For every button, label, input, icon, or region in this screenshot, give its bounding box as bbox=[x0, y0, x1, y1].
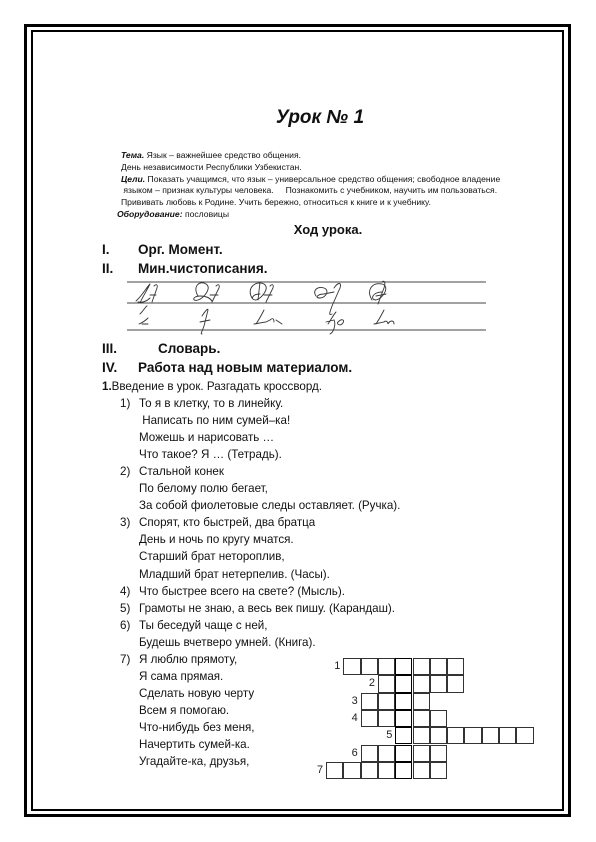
riddle-line: Угадайте-ка, друзья, bbox=[139, 755, 249, 768]
riddle-line: Я сама прямая. bbox=[139, 670, 223, 683]
section-number: IV. bbox=[102, 360, 117, 375]
crossword-clue-number: 7 bbox=[317, 764, 323, 776]
crossword-cell[interactable] bbox=[430, 762, 447, 779]
riddle-line: Что такое? Я … (Тетрадь). bbox=[139, 448, 282, 461]
crossword-cell[interactable] bbox=[413, 762, 430, 779]
intro-line: 1.Введение в урок. Разгадать кроссворд. bbox=[102, 380, 322, 393]
section-heading: Орг. Момент. bbox=[138, 242, 223, 257]
riddle-line: За собой фиолетовые следы оставляет. (Ру… bbox=[139, 499, 400, 512]
crossword-cell[interactable] bbox=[430, 745, 447, 762]
crossword-cell[interactable] bbox=[361, 658, 378, 675]
page-border-inner bbox=[31, 30, 564, 811]
riddle-line: Что быстрее всего на свете? (Мысль). bbox=[139, 585, 345, 598]
intro-number: 1. bbox=[102, 380, 112, 393]
crossword-cell[interactable] bbox=[447, 675, 464, 692]
crossword-cell[interactable] bbox=[499, 727, 516, 744]
section-heading: Работа над новым материалом. bbox=[138, 360, 352, 375]
section-number: III. bbox=[102, 341, 117, 356]
riddle-line: Всем я помогаю. bbox=[139, 704, 229, 717]
day-line: День независимости Республики Узбекистан… bbox=[121, 161, 302, 173]
riddle-number: 1) bbox=[120, 397, 130, 410]
equipment-label: Оборудование: bbox=[117, 209, 183, 219]
crossword-cell[interactable] bbox=[378, 658, 395, 675]
crossword-cell[interactable] bbox=[430, 710, 447, 727]
riddle-number: 2) bbox=[120, 465, 130, 478]
intro-text: Введение в урок. Разгадать кроссворд. bbox=[112, 380, 322, 393]
section-heading: Мин.чистописания. bbox=[138, 261, 268, 276]
topic-text: Язык – важнейшее средство общения. bbox=[144, 150, 301, 160]
riddle-line: Младший брат нетерпелив. (Часы). bbox=[139, 568, 330, 581]
crossword-clue-number: 5 bbox=[386, 729, 392, 741]
crossword-key-cell[interactable] bbox=[395, 727, 412, 744]
riddle-line: Грамоты не знаю, а весь век пишу. (Каран… bbox=[139, 602, 395, 615]
riddle-line: Начертить сумей-ка. bbox=[139, 738, 250, 751]
section-heading: Словарь. bbox=[158, 341, 220, 356]
crossword-cell[interactable] bbox=[413, 727, 430, 744]
crossword-clue-number: 3 bbox=[352, 695, 358, 707]
crossword-cell[interactable] bbox=[430, 675, 447, 692]
equipment-line: Оборудование: пословицы bbox=[117, 208, 229, 220]
crossword-cell[interactable] bbox=[482, 727, 499, 744]
crossword-cell[interactable] bbox=[413, 745, 430, 762]
goals-label: Цели. bbox=[121, 174, 145, 184]
riddle-line: Стальной конек bbox=[139, 465, 224, 478]
crossword-key-cell[interactable] bbox=[395, 693, 412, 710]
crossword-cell[interactable] bbox=[343, 762, 360, 779]
goals-line-3: Прививать любовь к Родине. Учить бережно… bbox=[121, 196, 431, 208]
crossword-cell[interactable] bbox=[378, 675, 395, 692]
crossword-clue-number: 6 bbox=[352, 747, 358, 759]
section-number: I. bbox=[102, 242, 110, 257]
riddle-line: По белому полю бегает, bbox=[139, 482, 268, 495]
riddle-line: День и ночь по кругу мчатся. bbox=[139, 533, 294, 546]
crossword-cell[interactable] bbox=[464, 727, 481, 744]
riddle-number: 5) bbox=[120, 602, 130, 615]
crossword-cell[interactable] bbox=[378, 745, 395, 762]
crossword-cell[interactable] bbox=[447, 727, 464, 744]
riddle-line: Сделать новую черту bbox=[139, 687, 254, 700]
crossword-cell[interactable] bbox=[413, 710, 430, 727]
crossword-clue-number: 4 bbox=[352, 712, 358, 724]
crossword-cell[interactable] bbox=[378, 710, 395, 727]
equipment-text: пословицы bbox=[183, 209, 229, 219]
crossword-key-cell[interactable] bbox=[395, 658, 412, 675]
riddle-line: Написать по ним сумей–ка! bbox=[139, 414, 290, 427]
crossword-cell[interactable] bbox=[413, 675, 430, 692]
riddle-line: Ты беседуй чаще с ней, bbox=[139, 619, 267, 632]
crossword-cell[interactable] bbox=[326, 762, 343, 779]
goals-line-2: языком – признак культуры человека. Позн… bbox=[121, 184, 497, 196]
crossword-cell[interactable] bbox=[343, 658, 360, 675]
crossword-cell[interactable] bbox=[378, 762, 395, 779]
riddle-line: Спорят, кто быстрей, два братца bbox=[139, 516, 315, 529]
crossword-cell[interactable] bbox=[361, 762, 378, 779]
crossword-clue-number: 1 bbox=[334, 660, 340, 672]
riddle-number: 6) bbox=[120, 619, 130, 632]
crossword-key-cell[interactable] bbox=[395, 710, 412, 727]
crossword-cell[interactable] bbox=[447, 658, 464, 675]
penmanship-sample-image bbox=[120, 276, 490, 338]
crossword-key-cell[interactable] bbox=[395, 745, 412, 762]
crossword-key-cell[interactable] bbox=[395, 675, 412, 692]
riddle-line: Старший брат нетороплив, bbox=[139, 550, 285, 563]
riddle-line: Я люблю прямоту, bbox=[139, 653, 237, 666]
riddle-line: То я в клетку, то в линейку. bbox=[139, 397, 283, 410]
riddle-line: Будешь вчетверо умней. (Книга). bbox=[139, 636, 316, 649]
crossword-cell[interactable] bbox=[430, 727, 447, 744]
crossword-cell[interactable] bbox=[361, 710, 378, 727]
riddle-number: 3) bbox=[120, 516, 130, 529]
crossword-cell[interactable] bbox=[516, 727, 533, 744]
crossword-cell[interactable] bbox=[413, 693, 430, 710]
crossword-clue-number: 2 bbox=[369, 677, 375, 689]
crossword-cell[interactable] bbox=[430, 658, 447, 675]
crossword-cell[interactable] bbox=[361, 745, 378, 762]
crossword-key-cell[interactable] bbox=[395, 762, 412, 779]
goals-text: Показать учащимся, что язык – универсаль… bbox=[145, 174, 500, 184]
topic-line: Тема. Язык – важнейшее средство общения. bbox=[121, 149, 301, 161]
riddle-line: Что-нибудь без меня, bbox=[139, 721, 254, 734]
topic-label: Тема. bbox=[121, 150, 144, 160]
riddle-number: 7) bbox=[120, 653, 130, 666]
crossword-cell[interactable] bbox=[413, 658, 430, 675]
riddle-number: 4) bbox=[120, 585, 130, 598]
crossword-cell[interactable] bbox=[378, 693, 395, 710]
lesson-title: Урок № 1 bbox=[0, 107, 596, 129]
crossword-cell[interactable] bbox=[361, 693, 378, 710]
section-number: II. bbox=[102, 261, 113, 276]
lesson-progress-heading: Ход урока. bbox=[0, 222, 596, 237]
riddle-line: Можешь и нарисовать … bbox=[139, 431, 274, 444]
